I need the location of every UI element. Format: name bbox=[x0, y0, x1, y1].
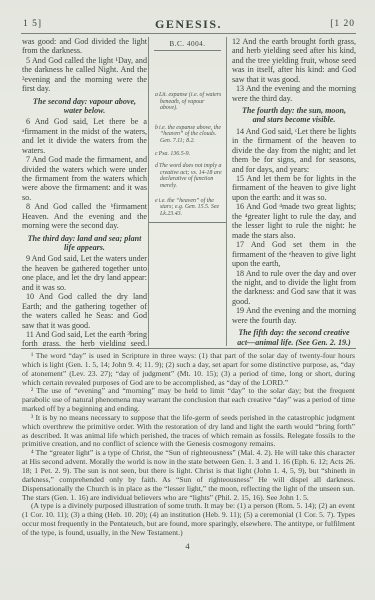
margin-note-e: ei.e. the “heaven” of the stars; e.g. Ge… bbox=[155, 198, 223, 218]
margin-note-d: dThe word does not imply a creative act;… bbox=[155, 163, 223, 189]
margin-note-b: bi.e. the expanse above, the “heaven” of… bbox=[155, 125, 223, 145]
note-text-c: Psa. 136.5-9. bbox=[159, 151, 190, 157]
footnote-4: ⁴ The “greater light” is a type of Chris… bbox=[22, 449, 355, 502]
verse-10: 10 And God called the dry land Earth; an… bbox=[22, 292, 147, 330]
second-day-heading: The second day: vapour above, water belo… bbox=[22, 97, 147, 116]
verse-13: 13 And the evening and the morning were … bbox=[232, 84, 356, 103]
verse-8: 8 And God called the ᵇfirmament Heaven. … bbox=[22, 202, 147, 230]
verse-17: 17 And God set them in the firmament of … bbox=[232, 240, 356, 268]
header-chapter-verse-right: [1 20 bbox=[330, 19, 355, 29]
note-letter-a: a bbox=[155, 92, 158, 98]
fifth-day-heading: The fifth day: the second creative act—a… bbox=[232, 328, 356, 346]
left-text-column: was good: and God divided the light from… bbox=[22, 37, 147, 346]
verse-6: 6 And God said, Let there be a ᵃfirmamen… bbox=[22, 117, 147, 155]
verse-19: 19 And the evening and the morning were … bbox=[232, 306, 356, 325]
footnotes-section: ¹ The word “day” is used in Scripture in… bbox=[22, 352, 355, 538]
third-day-heading: The third day: land and sea; plant life … bbox=[22, 234, 147, 253]
margin-note-c: cPsa. 136.5-9. bbox=[155, 151, 223, 158]
note-letter-d: d bbox=[155, 163, 158, 169]
note-text-e: i.e. the “heaven” of the stars; e.g. Gen… bbox=[159, 198, 219, 217]
verse-9: 9 And God said, Let the waters under the… bbox=[22, 254, 147, 292]
footnote-2: ² The use of “evening” and “morning” may… bbox=[22, 387, 355, 414]
margin-note-a: aLit. expanse (i.e. of waters beneath, o… bbox=[155, 92, 223, 112]
margin-notes: aLit. expanse (i.e. of waters beneath, o… bbox=[149, 92, 226, 223]
verse-15: 15 And let them be for lights in the fir… bbox=[232, 174, 356, 202]
page-header: 1 5] GENESIS. [1 20 bbox=[22, 17, 355, 31]
bc-date: B.C. 4004. bbox=[154, 37, 221, 51]
note-letter-c: c bbox=[155, 151, 158, 157]
page-number: 4 bbox=[0, 541, 375, 551]
note-letter-e: e bbox=[155, 198, 158, 204]
footnote-type-note: (A type is a divinely purposed illustrat… bbox=[22, 502, 355, 537]
note-text-a: Lit. expanse (i.e. of waters beneath, of… bbox=[159, 92, 221, 111]
verse-continuation: was good: and God divided the light from… bbox=[22, 37, 147, 56]
footnote-divider bbox=[21, 348, 356, 349]
header-divider bbox=[21, 33, 356, 34]
verse-5: 5 And God called the light ¹Day, and the… bbox=[22, 56, 147, 94]
verse-12: 12 And the earth brought forth grass, an… bbox=[232, 37, 356, 84]
bible-page: 1 5] GENESIS. [1 20 was good: and God di… bbox=[0, 0, 375, 600]
footnote-1: ¹ The word “day” is used in Scripture in… bbox=[22, 352, 355, 387]
verse-18: 18 And to rule over the day and over the… bbox=[232, 269, 356, 307]
note-text-d: The word does not imply a creative act; … bbox=[159, 163, 222, 189]
verse-11: 11 And God said, Let the earth ³bring fo… bbox=[22, 330, 147, 346]
verse-16: 16 And God ᵈmade two great lights; the ⁴… bbox=[232, 202, 356, 240]
right-text-column: 12 And the earth brought forth grass, an… bbox=[228, 37, 356, 346]
scripture-columns: was good: and God divided the light from… bbox=[22, 37, 356, 346]
fourth-day-heading: The fourth day: the sun, moon, and stars… bbox=[232, 106, 356, 125]
verse-7: 7 And God made the firmament, and divide… bbox=[22, 155, 147, 202]
verse-14: 14 And God said, ᶜLet there be lights in… bbox=[232, 127, 356, 174]
footnote-3: ³ It is by no means necessary to suppose… bbox=[22, 414, 355, 449]
note-text-b: i.e. the expanse above, the “heaven” of … bbox=[159, 125, 221, 144]
book-title: GENESIS. bbox=[22, 17, 355, 32]
note-letter-b: b bbox=[155, 125, 158, 131]
margin-notes-column: B.C. 4004. aLit. expanse (i.e. of waters… bbox=[148, 37, 227, 346]
